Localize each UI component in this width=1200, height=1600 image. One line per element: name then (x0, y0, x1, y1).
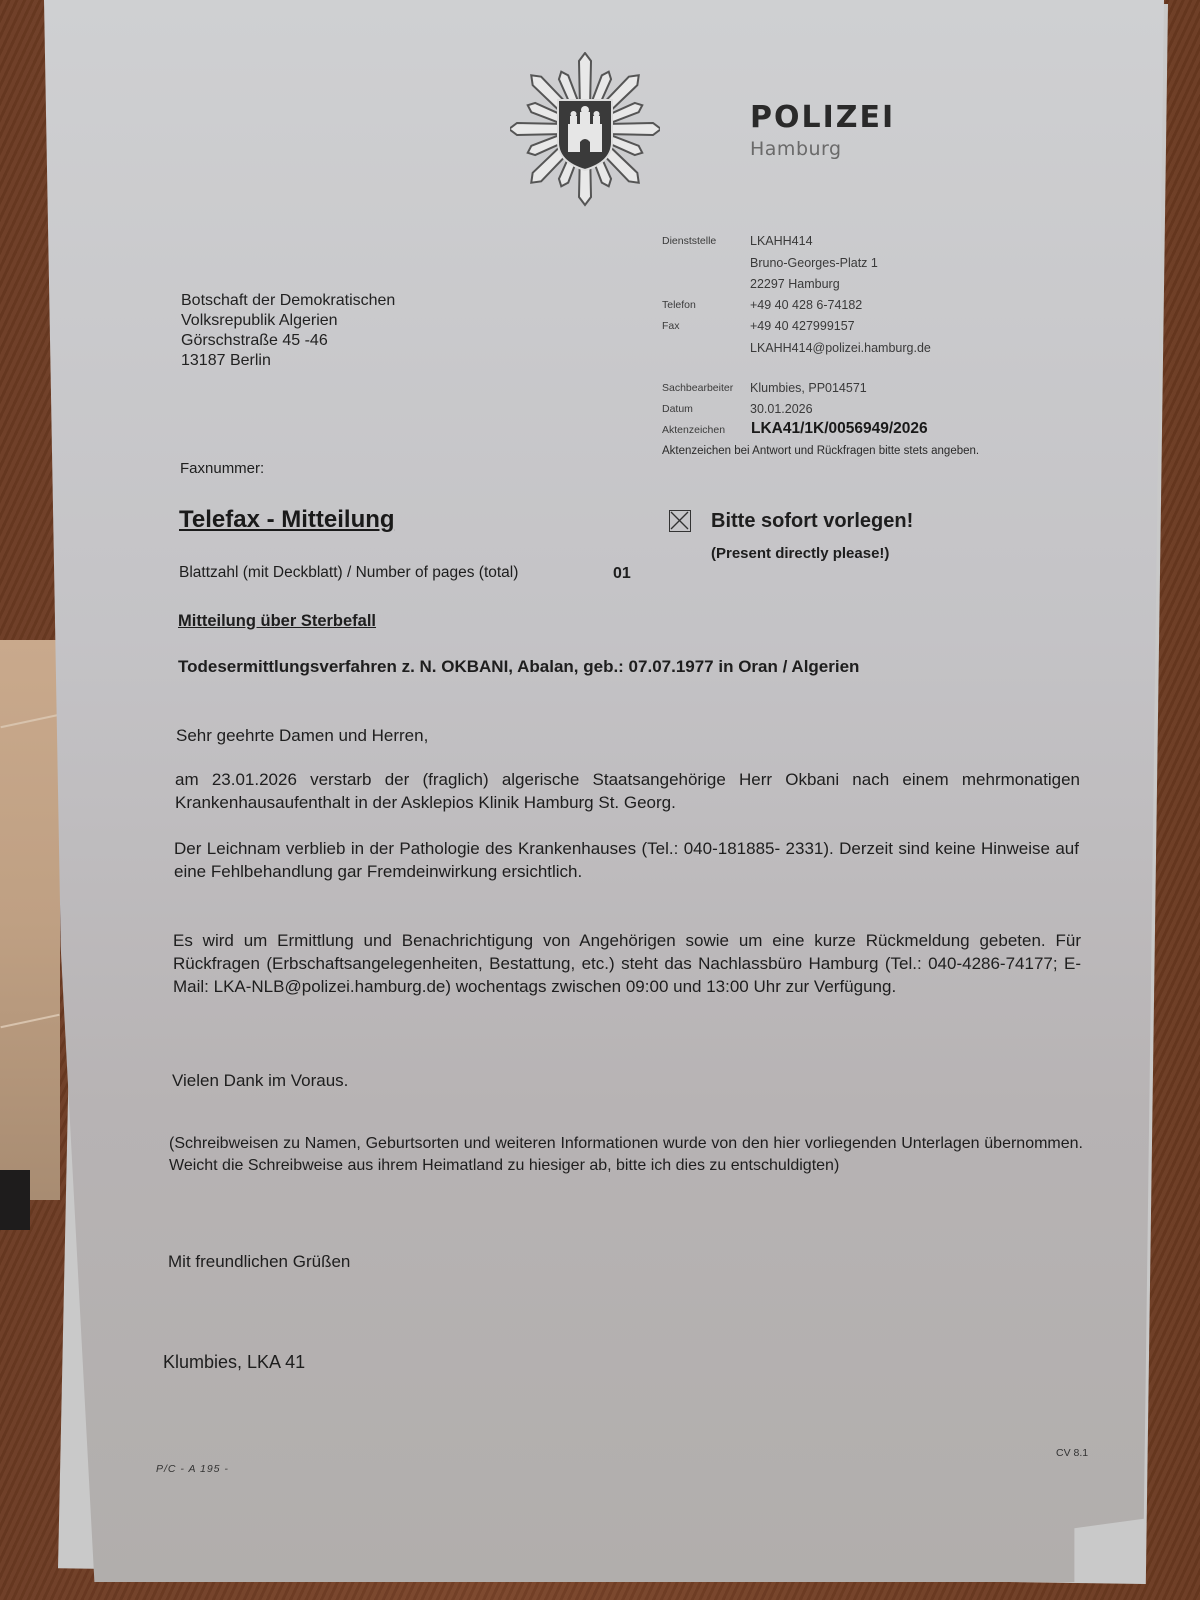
fax-value: +49 40 427999157 (750, 319, 855, 333)
salutation: Sehr geehrte Damen und Herren, (176, 726, 428, 746)
checked-x-icon (670, 511, 689, 530)
datum-value: 30.01.2026 (750, 402, 813, 416)
aktenzeichen-label: Aktenzeichen (662, 424, 725, 436)
office-city: 22297 Hamburg (750, 277, 840, 291)
datum-label: Datum (662, 403, 693, 415)
sachbearbeiter-value: Klumbies, PP014571 (750, 381, 867, 395)
telefon-label: Telefon (662, 299, 696, 311)
aktenzeichen-value: LKA41/1K/0056949/2026 (751, 420, 928, 438)
sachbearbeiter-label: Sachbearbeiter (662, 382, 733, 394)
brand-title: POLIZEI (750, 100, 895, 135)
recipient-line-2: Volksrepublik Algerien (181, 311, 338, 331)
urgent-label: Bitte sofort vorlegen! (711, 510, 913, 533)
office-email: LKAHH414@polizei.hamburg.de (750, 341, 931, 355)
fax-label: Fax (662, 320, 680, 332)
paragraph-request: Es wird um Ermittlung und Benachrichtigu… (173, 929, 1081, 998)
document-page: POLIZEI Hamburg Dienststelle LKAHH414 Br… (0, 0, 1200, 1600)
urgent-sublabel: (Present directly please!) (711, 545, 889, 562)
dienststelle-label: Dienststelle (662, 235, 716, 247)
pages-label: Blattzahl (mit Deckblatt) / Number of pa… (179, 564, 518, 582)
paragraph-pathology: Der Leichnam verblieb in der Pathologie … (174, 837, 1079, 883)
fax-number-label: Faxnummer: (180, 460, 264, 477)
form-version: CV 8.1 (1056, 1447, 1088, 1459)
telefon-value: +49 40 428 6-74182 (750, 298, 862, 312)
police-star-emblem-icon (510, 52, 660, 207)
paragraph-death-notice: am 23.01.2026 verstarb der (fraglich) al… (175, 768, 1080, 814)
signature: Klumbies, LKA 41 (163, 1352, 305, 1373)
case-line: Todesermittlungsverfahren z. N. OKBANI, … (178, 657, 859, 677)
recipient-line-1: Botschaft der Demokratischen (181, 291, 395, 311)
paragraph-spelling-note: (Schreibweisen zu Namen, Geburtsorten un… (169, 1133, 1083, 1177)
recipient-line-3: Görschstraße 45 -46 (181, 331, 328, 351)
closing: Mit freundlichen Grüßen (168, 1252, 350, 1272)
aktenzeichen-note: Aktenzeichen bei Antwort und Rückfragen … (662, 445, 979, 457)
thanks-line: Vielen Dank im Voraus. (172, 1071, 348, 1091)
form-code: P/C - A 195 - (156, 1463, 229, 1475)
urgent-checkbox[interactable] (669, 510, 691, 532)
letter-subject: Mitteilung über Sterbefall (178, 612, 376, 631)
recipient-line-4: 13187 Berlin (181, 351, 271, 371)
pages-value: 01 (613, 565, 631, 583)
office-street: Bruno-Georges-Platz 1 (750, 256, 878, 270)
brand-subtitle: Hamburg (750, 138, 842, 160)
fax-title: Telefax - Mitteilung (179, 506, 395, 534)
dienststelle-value: LKAHH414 (750, 234, 813, 248)
